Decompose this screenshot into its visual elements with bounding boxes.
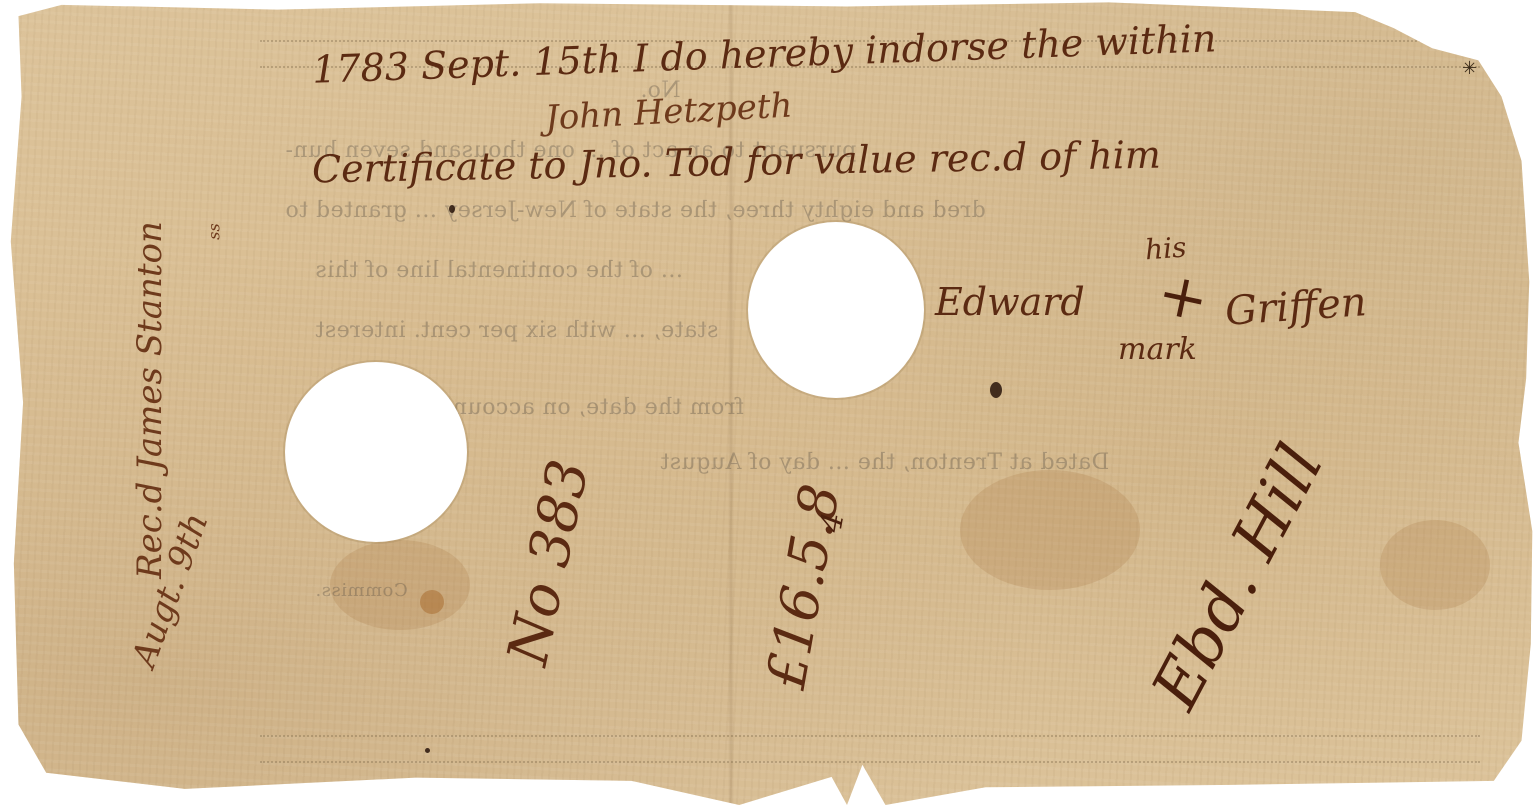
stain — [420, 590, 444, 614]
punch-hole — [748, 222, 924, 398]
punch-hole — [285, 362, 467, 542]
ink-spot — [990, 382, 1002, 398]
bleed-text: Dated at Trenton, the ... day of August — [660, 450, 1109, 475]
bleed-text: dred and eighty three, the state of New-… — [285, 198, 986, 223]
bleed-text: ... of the continental line of this — [315, 258, 683, 283]
corner-ornament-icon: ✳ — [1462, 58, 1477, 79]
stain — [960, 470, 1140, 590]
signature-last-name: Griffen — [1224, 279, 1369, 335]
signature-mark-label: mark — [1118, 332, 1197, 367]
ink-spot — [449, 205, 455, 213]
printed-border-bottom — [260, 735, 1480, 763]
document-paper: No. pursuant to an act of ... one thousa… — [0, 0, 1540, 805]
bleed-text: Commiss. — [315, 580, 408, 601]
signature-first-name: Edward — [935, 280, 1085, 324]
stain — [1380, 520, 1490, 610]
ink-spot — [425, 748, 430, 753]
small-mark: ss — [205, 223, 224, 239]
bleed-text: state, ... with six per cent. interest — [315, 318, 718, 343]
